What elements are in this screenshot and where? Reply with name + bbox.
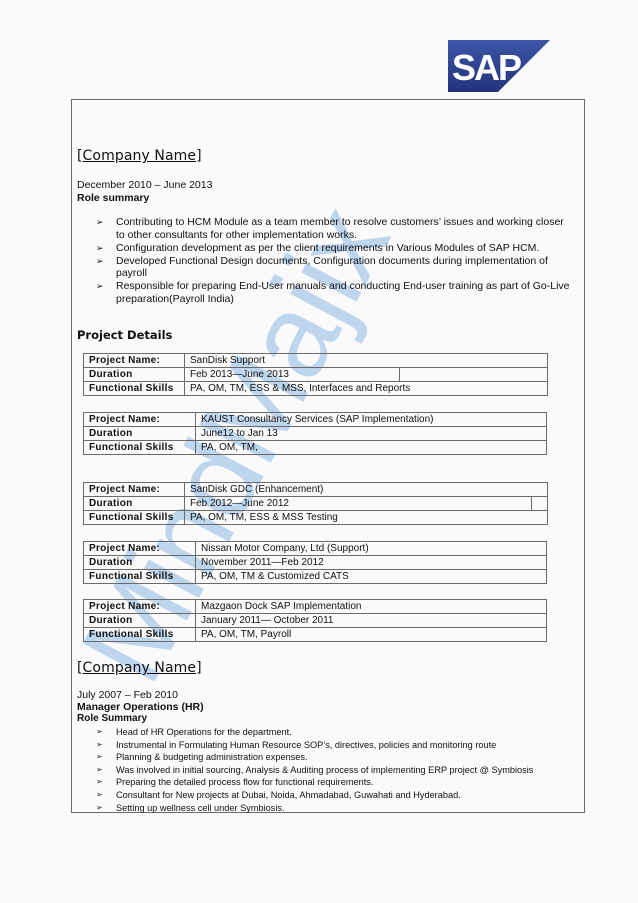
bullet-text: Preparing the detailed process flow for … <box>116 777 373 787</box>
role-summary-item: ➢Contributing to HCM Module as a team me… <box>96 216 586 241</box>
duration-value: Feb 2012—June 2012 <box>185 497 532 511</box>
table-row-duration: DurationFeb 2013—June 2013 <box>84 368 548 382</box>
role-summary-item: ➢Responsible for preparing End-User manu… <box>96 280 586 305</box>
arrow-bullet-icon: ➢ <box>96 280 104 293</box>
duration-value: November 2011—Feb 2012 <box>196 556 547 570</box>
bullet-text: to other consultants for other implement… <box>116 229 586 242</box>
bullet-text: Planning & budgeting administration expe… <box>116 752 308 762</box>
employment-dates: December 2010 – June 2013 <box>77 179 212 191</box>
table-row-functional-skills: Functional SkillsPA, OM, TM & Customized… <box>84 570 547 584</box>
company-name-heading-2: [Company Name] <box>77 660 202 676</box>
table-row-project-name: Project Name:KAUST Consultancy Services … <box>84 413 547 427</box>
bullet-text: preparation(Payroll India) <box>116 293 586 306</box>
arrow-bullet-icon: ➢ <box>96 802 103 815</box>
table-row-functional-skills: Functional SkillsPA, OM, TM, Payroll <box>84 628 547 642</box>
project-name-label: Project Name: <box>84 354 185 368</box>
project-name-value: SanDisk Support <box>185 354 548 368</box>
arrow-bullet-icon: ➢ <box>96 216 104 229</box>
functional-skills-label: Functional Skills <box>84 441 196 455</box>
role-summary-item: ➢Configuration development as per the cl… <box>96 242 586 255</box>
empty-cell <box>532 497 548 511</box>
sap-logo-text: SAP <box>452 47 521 88</box>
bullet-text: Was involved in initial sourcing, Analys… <box>116 765 533 775</box>
role-summary-item: ➢Instrumental in Formulating Human Resou… <box>96 739 586 752</box>
duration-label: Duration <box>84 368 185 382</box>
project-table: Project Name:Nissan Motor Company, Ltd (… <box>83 541 547 584</box>
role-summary-list-2: ➢Head of HR Operations for the departmen… <box>96 726 586 814</box>
arrow-bullet-icon: ➢ <box>96 726 103 739</box>
project-name-label: Project Name: <box>84 542 196 556</box>
bullet-text: payroll <box>116 267 586 280</box>
empty-cell <box>400 368 548 382</box>
functional-skills-value: PA, OM, TM, Payroll <box>196 628 547 642</box>
table-row-duration: DurationJanuary 2011— October 2011 <box>84 614 547 628</box>
bullet-text: Configuration development as per the cli… <box>116 242 586 255</box>
duration-label: Duration <box>84 556 196 570</box>
duration-label: Duration <box>84 497 185 511</box>
duration-value: January 2011— October 2011 <box>196 614 547 628</box>
table-row-duration: DurationJune12 to Jan 13 <box>84 427 547 441</box>
company-name-heading: [Company Name] <box>77 148 202 164</box>
bullet-text: Setting up wellness cell under Symbiosis… <box>116 803 285 813</box>
duration-value: Feb 2013—June 2013 <box>185 368 400 382</box>
arrow-bullet-icon: ➢ <box>96 764 103 777</box>
table-row-project-name: Project Name:SanDisk Support <box>84 354 548 368</box>
functional-skills-label: Functional Skills <box>84 570 196 584</box>
role-summary-list: ➢Contributing to HCM Module as a team me… <box>96 216 586 306</box>
arrow-bullet-icon: ➢ <box>96 739 103 752</box>
arrow-bullet-icon: ➢ <box>96 255 104 268</box>
role-summary-item: ➢Consultant for New projects at Dubai, N… <box>96 789 586 802</box>
project-name-label: Project Name: <box>84 600 196 614</box>
bullet-text: Developed Functional Design documents, C… <box>116 255 586 268</box>
project-name-value: Nissan Motor Company, Ltd (Support) <box>196 542 547 556</box>
duration-value: June12 to Jan 13 <box>196 427 547 441</box>
table-row-project-name: Project Name:SanDisk GDC (Enhancement) <box>84 483 548 497</box>
functional-skills-value: PA, OM, TM, <box>196 441 547 455</box>
role-summary-label: Role summary <box>77 192 149 204</box>
functional-skills-value: PA, OM, TM, ESS & MSS Testing <box>185 511 548 525</box>
project-table: Project Name:SanDisk GDC (Enhancement)Du… <box>83 482 548 525</box>
bullet-text: Instrumental in Formulating Human Resour… <box>116 740 496 750</box>
functional-skills-label: Functional Skills <box>84 382 185 396</box>
table-row-duration: DurationNovember 2011—Feb 2012 <box>84 556 547 570</box>
role-summary-item: ➢Developed Functional Design documents, … <box>96 255 586 280</box>
functional-skills-value: PA, OM, TM, ESS & MSS, Interfaces and Re… <box>185 382 548 396</box>
bullet-text: Head of HR Operations for the department… <box>116 727 292 737</box>
project-name-label: Project Name: <box>84 413 196 427</box>
duration-label: Duration <box>84 427 196 441</box>
arrow-bullet-icon: ➢ <box>96 789 103 802</box>
bullet-text: Responsible for preparing End-User manua… <box>116 280 586 293</box>
employment-dates-2: July 2007 – Feb 2010 <box>77 689 178 701</box>
role-summary-item: ➢Head of HR Operations for the departmen… <box>96 726 586 739</box>
project-details-heading: Project Details <box>77 328 172 342</box>
arrow-bullet-icon: ➢ <box>96 776 103 789</box>
project-name-value: SanDisk GDC (Enhancement) <box>185 483 548 497</box>
duration-label: Duration <box>84 614 196 628</box>
table-row-functional-skills: Functional SkillsPA, OM, TM, <box>84 441 547 455</box>
project-name-value: Mazgaon Dock SAP Implementation <box>196 600 547 614</box>
role-summary-item: ➢Was involved in initial sourcing, Analy… <box>96 764 586 777</box>
role-summary-item: ➢Preparing the detailed process flow for… <box>96 776 586 789</box>
role-summary-item: ➢Setting up wellness cell under Symbiosi… <box>96 802 586 815</box>
project-name-label: Project Name: <box>84 483 185 497</box>
arrow-bullet-icon: ➢ <box>96 242 104 255</box>
project-table: Project Name:KAUST Consultancy Services … <box>83 412 547 455</box>
bullet-text: Contributing to HCM Module as a team mem… <box>116 216 586 229</box>
table-row-functional-skills: Functional SkillsPA, OM, TM, ESS & MSS T… <box>84 511 548 525</box>
project-name-value: KAUST Consultancy Services (SAP Implemen… <box>196 413 547 427</box>
table-row-functional-skills: Functional Skills PA, OM, TM, ESS & MSS,… <box>84 382 548 396</box>
functional-skills-label: Functional Skills <box>84 511 185 525</box>
sap-logo: SAP <box>448 40 550 92</box>
role-summary-label-2: Role Summary <box>77 713 147 724</box>
project-table: Project Name:Mazgaon Dock SAP Implementa… <box>83 599 547 642</box>
job-title: Manager Operations (HR) <box>77 701 204 713</box>
bullet-text: Consultant for New projects at Dubai, No… <box>116 790 461 800</box>
table-row-project-name: Project Name:Mazgaon Dock SAP Implementa… <box>84 600 547 614</box>
functional-skills-label: Functional Skills <box>84 628 196 642</box>
table-row-project-name: Project Name:Nissan Motor Company, Ltd (… <box>84 542 547 556</box>
table-row-duration: DurationFeb 2012—June 2012 <box>84 497 548 511</box>
role-summary-item: ➢Planning & budgeting administration exp… <box>96 751 586 764</box>
functional-skills-value: PA, OM, TM & Customized CATS <box>196 570 547 584</box>
arrow-bullet-icon: ➢ <box>96 751 103 764</box>
project-table: Project Name:SanDisk SupportDurationFeb … <box>83 353 548 396</box>
